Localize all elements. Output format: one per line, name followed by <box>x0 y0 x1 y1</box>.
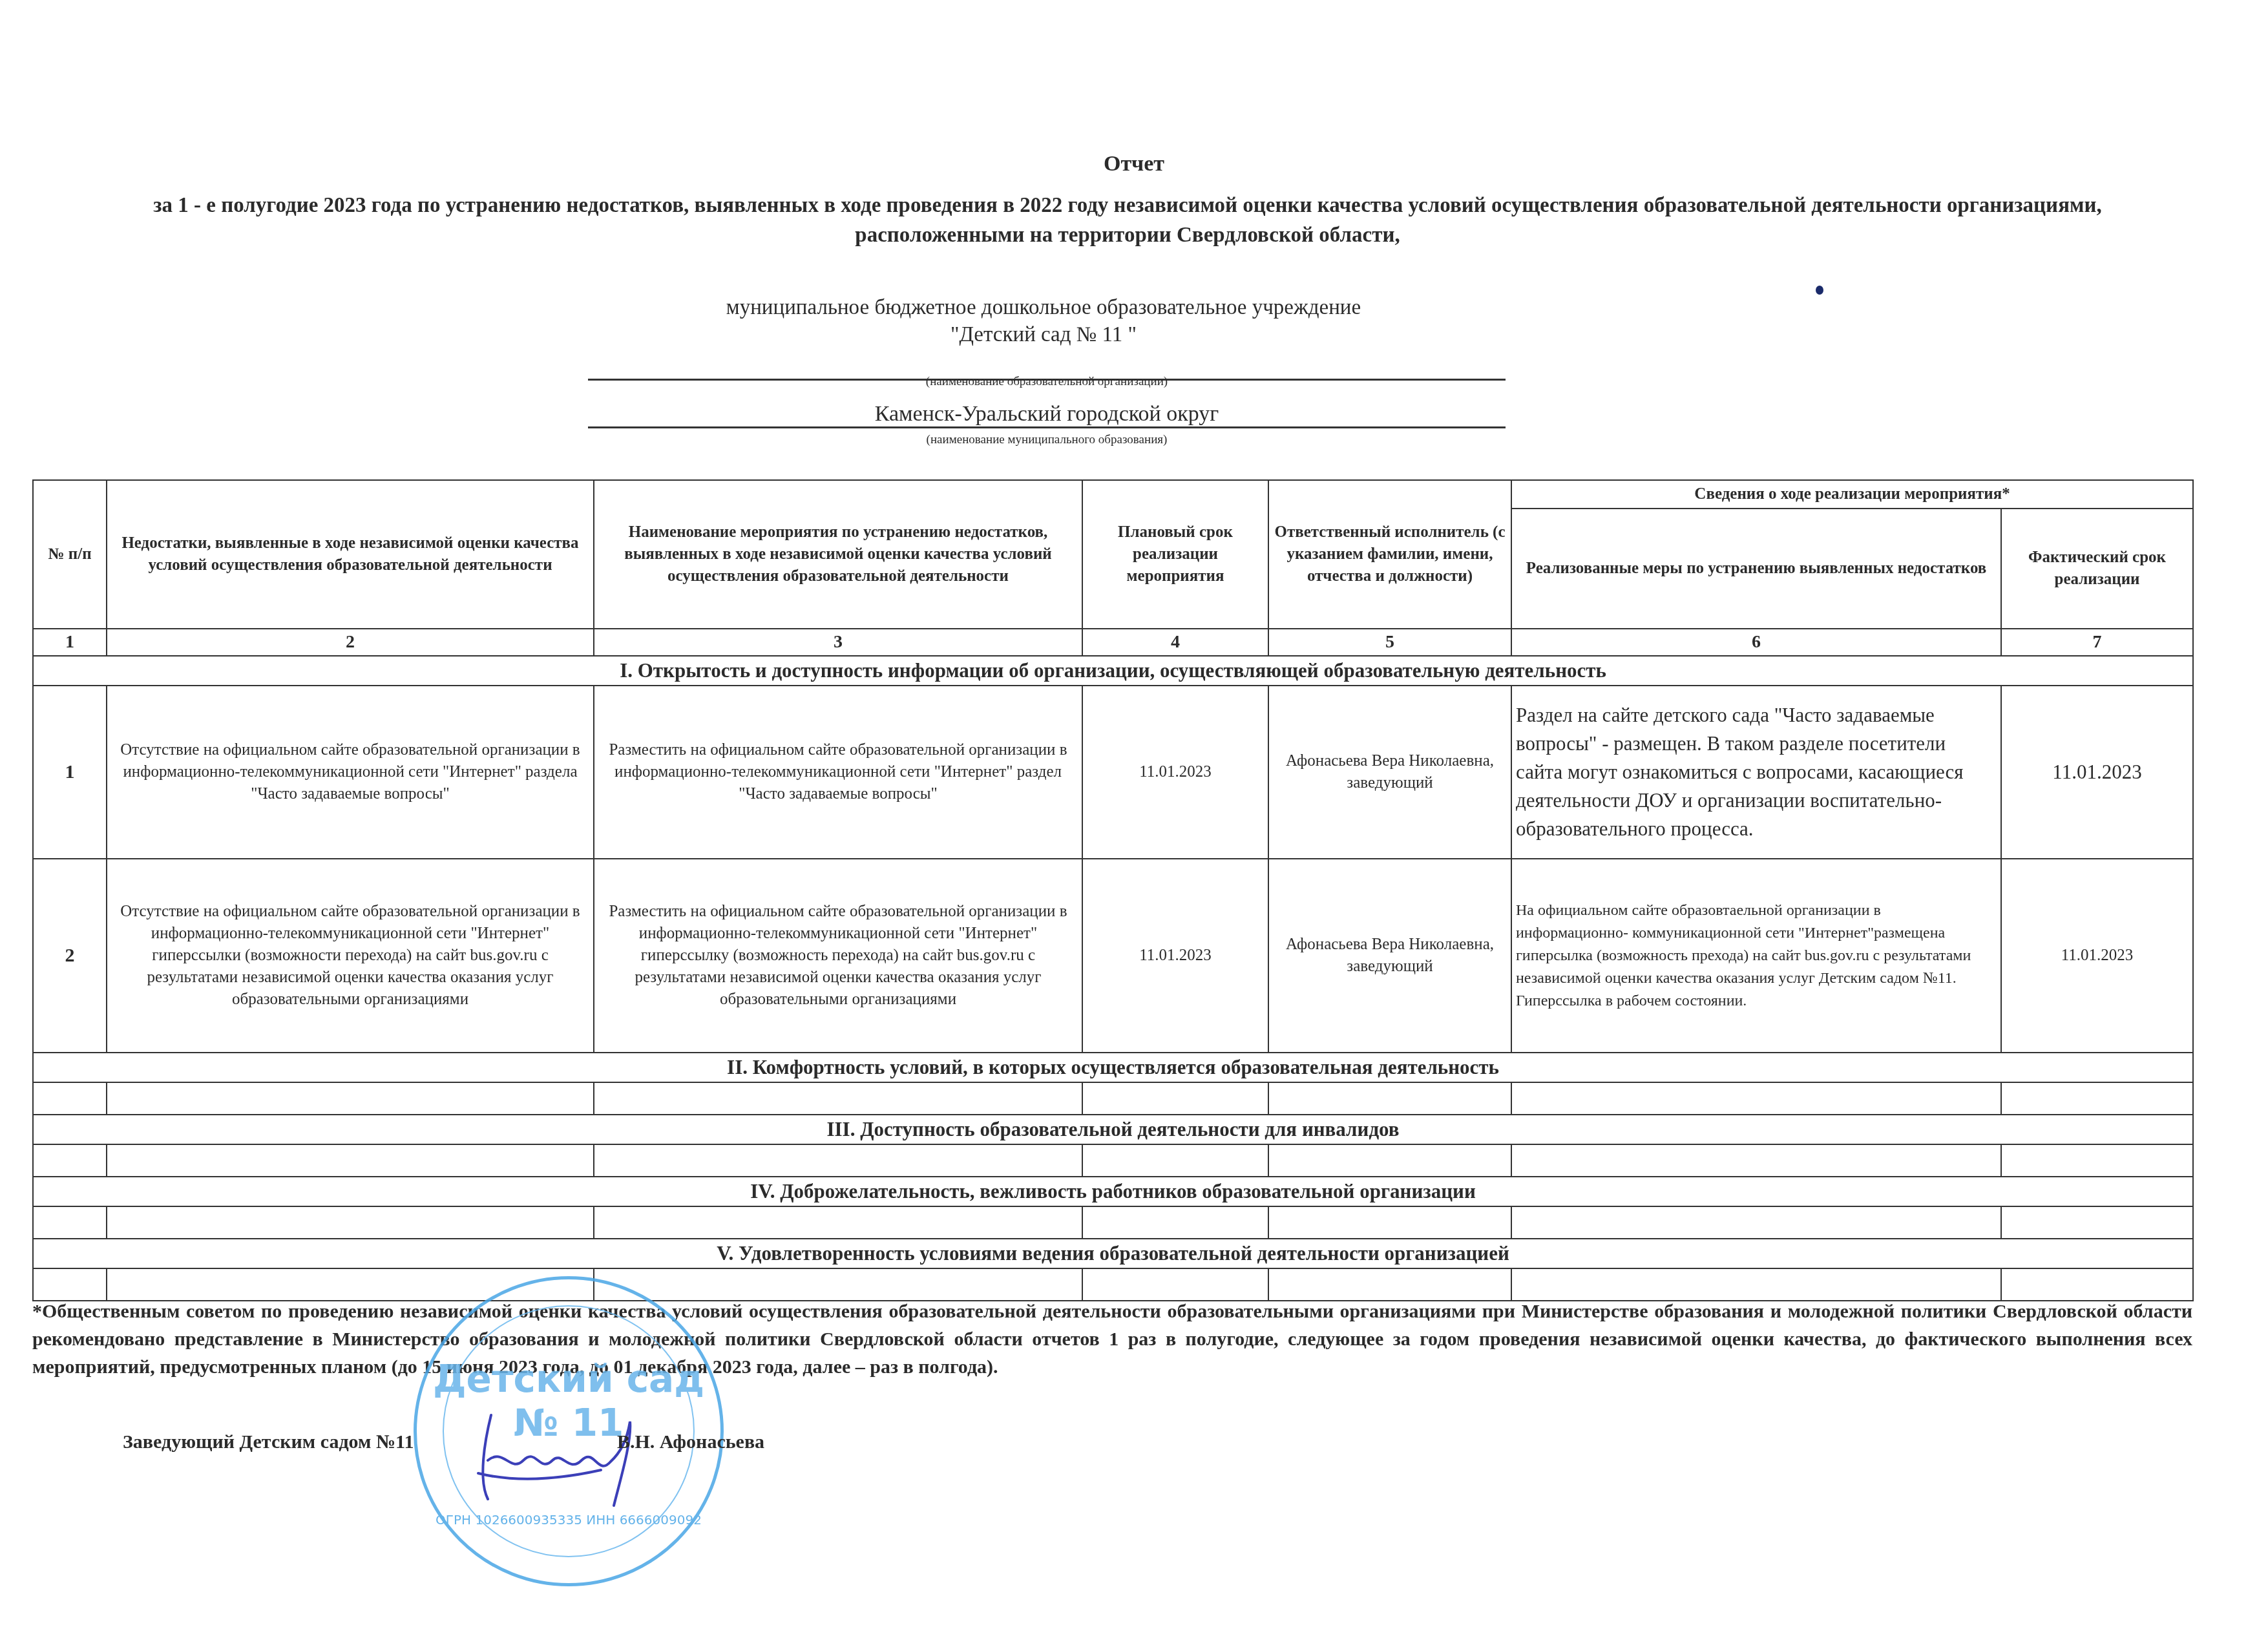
header-actual-date: Фактический срок реализации <box>2001 509 2193 629</box>
handwritten-signature <box>465 1402 659 1512</box>
organization-caption: (наименование образовательной организаци… <box>588 375 1506 389</box>
organization-block: муниципальное бюджетное дошкольное образ… <box>582 294 1506 348</box>
empty-cell <box>1082 1268 1268 1301</box>
header-responsible: Ответственный исполнитель (с указанием ф… <box>1268 480 1511 629</box>
column-number: 7 <box>2001 629 2193 656</box>
empty-row <box>33 1082 2193 1115</box>
empty-cell <box>2001 1144 2193 1177</box>
column-number: 4 <box>1082 629 1268 656</box>
empty-cell <box>107 1082 594 1115</box>
shortcoming-cell: Отсутствие на официальном сайте образова… <box>107 859 594 1053</box>
empty-cell <box>594 1206 1082 1239</box>
section-row: III. Доступность образовательной деятель… <box>33 1115 2193 1144</box>
empty-cell <box>1268 1268 1511 1301</box>
report-table: № п/п Недостатки, выявленные в ходе неза… <box>32 479 2194 1301</box>
municipality-caption: (наименование муниципального образования… <box>588 433 1506 447</box>
empty-cell <box>594 1268 1082 1301</box>
stamp-ring-text: ОГРН 1026600935335 ИНН 6666009092 <box>417 1512 720 1528</box>
empty-cell <box>1268 1082 1511 1115</box>
empty-cell <box>594 1144 1082 1177</box>
empty-cell <box>1268 1206 1511 1239</box>
column-number: 2 <box>107 629 594 656</box>
section-row: II. Комфортность условий, в которых осущ… <box>33 1053 2193 1082</box>
section-row: IV. Доброжелательность, вежливость работ… <box>33 1177 2193 1206</box>
responsible-cell: Афонасьева Вера Николаевна, заведующий <box>1268 859 1511 1053</box>
column-number-row: 1 2 3 4 5 6 7 <box>33 629 2193 656</box>
empty-cell <box>33 1082 107 1115</box>
empty-cell <box>1082 1144 1268 1177</box>
report-title: Отчет <box>0 152 2268 176</box>
planned-date-cell: 11.01.2023 <box>1082 686 1268 859</box>
empty-cell <box>2001 1206 2193 1239</box>
empty-cell <box>1511 1268 2001 1301</box>
section-title: IV. Доброжелательность, вежливость работ… <box>33 1177 2193 1206</box>
column-number: 6 <box>1511 629 2001 656</box>
organization-type: муниципальное бюджетное дошкольное образ… <box>582 294 1506 321</box>
planned-date-cell: 11.01.2023 <box>1082 859 1268 1053</box>
header-row: № п/п Недостатки, выявленные в ходе неза… <box>33 480 2193 509</box>
empty-cell <box>1268 1144 1511 1177</box>
section-title: V. Удовлетворенность условиями ведения о… <box>33 1239 2193 1268</box>
municipality-name: Каменск-Уральский городской округ <box>588 402 1506 426</box>
empty-row <box>33 1206 2193 1239</box>
section-title: II. Комфортность условий, в которых осущ… <box>33 1053 2193 1082</box>
empty-cell <box>33 1144 107 1177</box>
header-implemented: Реализованные меры по устранению выявлен… <box>1511 509 2001 629</box>
empty-cell <box>1082 1082 1268 1115</box>
section-title: III. Доступность образовательной деятель… <box>33 1115 2193 1144</box>
empty-cell <box>33 1268 107 1301</box>
empty-cell <box>1511 1082 2001 1115</box>
section-title: I. Открытость и доступность информации о… <box>33 656 2193 686</box>
signatory-position: Заведующий Детским садом №11 <box>123 1431 414 1453</box>
empty-cell <box>1511 1206 2001 1239</box>
empty-cell <box>1511 1144 2001 1177</box>
actual-date-cell: 11.01.2023 <box>2001 686 2193 859</box>
municipality-underline <box>588 426 1506 428</box>
empty-row <box>33 1144 2193 1177</box>
table-row: 1 Отсутствие на официальном сайте образо… <box>33 686 2193 859</box>
footnote: *Общественным советом по проведению неза… <box>32 1297 2192 1381</box>
row-number: 2 <box>33 859 107 1053</box>
measure-cell: Разместить на официальном сайте образова… <box>594 859 1082 1053</box>
header-num: № п/п <box>33 480 107 629</box>
column-number: 3 <box>594 629 1082 656</box>
table-row: 2 Отсутствие на официальном сайте образо… <box>33 859 2193 1053</box>
empty-cell <box>2001 1082 2193 1115</box>
empty-cell <box>33 1206 107 1239</box>
section-row: V. Удовлетворенность условиями ведения о… <box>33 1239 2193 1268</box>
responsible-cell: Афонасьева Вера Николаевна, заведующий <box>1268 686 1511 859</box>
column-number: 1 <box>33 629 107 656</box>
empty-cell <box>107 1206 594 1239</box>
measure-cell: Разместить на официальном сайте образова… <box>594 686 1082 859</box>
header-progress-group: Сведения о ходе реализации мероприятия* <box>1511 480 2193 509</box>
column-number: 5 <box>1268 629 1511 656</box>
signatory-name: В.Н. Афонасьева <box>617 1431 764 1453</box>
organization-name: "Детский сад № 11 " <box>582 321 1506 348</box>
shortcoming-cell: Отсутствие на официальном сайте образова… <box>107 686 594 859</box>
empty-row <box>33 1268 2193 1301</box>
empty-cell <box>594 1082 1082 1115</box>
implemented-cell: На официальном сайте образовтаельной орг… <box>1511 859 2001 1053</box>
header-shortcomings: Недостатки, выявленные в ходе независимо… <box>107 480 594 629</box>
empty-cell <box>2001 1268 2193 1301</box>
actual-date-cell: 11.01.2023 <box>2001 859 2193 1053</box>
empty-cell <box>1082 1206 1268 1239</box>
header-measure: Наименование мероприятия по устранению н… <box>594 480 1082 629</box>
implemented-cell: Раздел на сайте детского сада "Часто зад… <box>1511 686 2001 859</box>
empty-cell <box>107 1144 594 1177</box>
row-number: 1 <box>33 686 107 859</box>
section-row: I. Открытость и доступность информации о… <box>33 656 2193 686</box>
scan-speck <box>1816 286 1823 295</box>
report-subtitle: за 1 - е полугодие 2023 года по устранен… <box>78 191 2178 250</box>
header-planned-date: Плановый срок реализации мероприятия <box>1082 480 1268 629</box>
